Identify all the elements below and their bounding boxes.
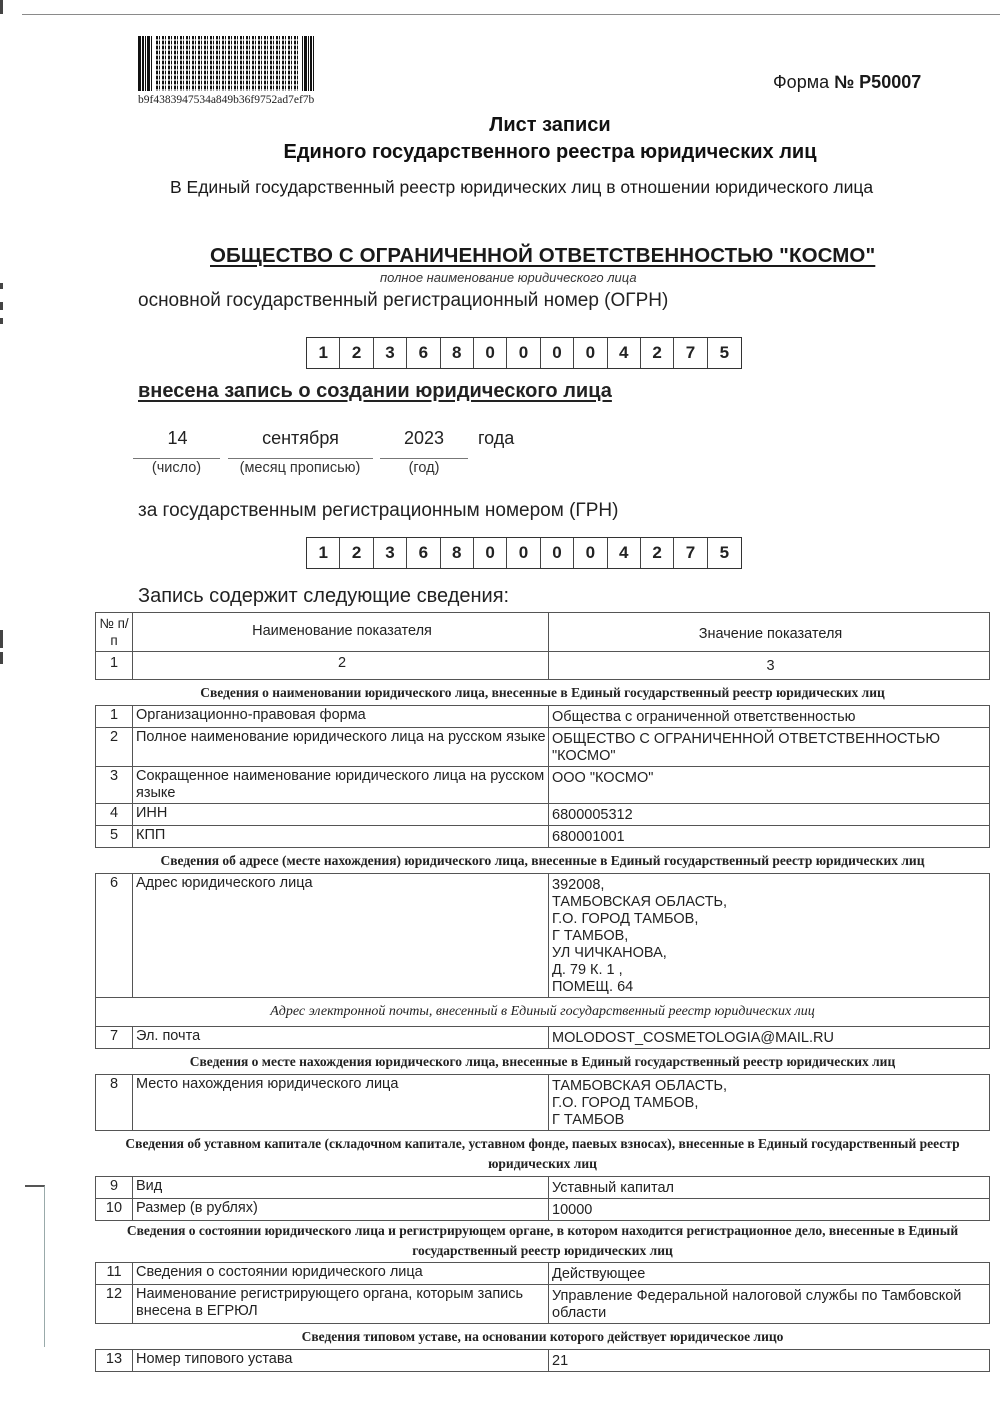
date-day-underline bbox=[133, 458, 220, 459]
grn-digit: 3 bbox=[374, 538, 407, 568]
section-title: Сведения о состоянии юридического лица и… bbox=[95, 1221, 990, 1262]
grn-digit: 4 bbox=[608, 538, 641, 568]
row-indicator-name: Полное наименование юридического лица на… bbox=[133, 728, 549, 766]
grn-label: за государственным регистрационным номер… bbox=[138, 500, 618, 522]
date-year-underline bbox=[380, 458, 468, 459]
entry-heading: внесена запись о создании юридического л… bbox=[138, 380, 612, 403]
row-indicator-value: 392008, ТАМБОВСКАЯ ОБЛАСТЬ, Г.О. ГОРОД Т… bbox=[549, 874, 989, 997]
scan-edge-mark bbox=[0, 318, 3, 324]
date-month-caption: (месяц прописью) bbox=[224, 460, 376, 476]
table-header-numbers-row: 1 2 3 bbox=[95, 652, 990, 680]
row-number: 11 bbox=[96, 1263, 133, 1284]
row-indicator-value: ТАМБОВСКАЯ ОБЛАСТЬ, Г.О. ГОРОД ТАМБОВ, Г… bbox=[549, 1075, 989, 1130]
table-row: 12Наименование регистрирующего органа, к… bbox=[95, 1285, 990, 1324]
row-indicator-name: ИНН bbox=[133, 804, 549, 825]
date-year-caption: (год) bbox=[380, 460, 468, 476]
row-indicator-name: Адрес юридического лица bbox=[133, 874, 549, 997]
table-row: 13Номер типового устава21 bbox=[95, 1349, 990, 1372]
row-number: 1 bbox=[96, 706, 133, 727]
table-row: 1Организационно-правовая формаОбщества с… bbox=[95, 705, 990, 728]
section-title: Сведения об уставном капитале (складочно… bbox=[95, 1131, 990, 1176]
grn-digit: 6 bbox=[407, 538, 440, 568]
table-row: 3Сокращенное наименование юридического л… bbox=[95, 767, 990, 804]
ogrn-digit: 2 bbox=[641, 338, 674, 368]
page-title-line2: Единого государственного реестра юридиче… bbox=[50, 141, 1000, 164]
ogrn-digit: 0 bbox=[574, 338, 607, 368]
ogrn-digit: 6 bbox=[407, 338, 440, 368]
row-indicator-name: КПП bbox=[133, 826, 549, 847]
scan-edge-mark bbox=[0, 0, 3, 14]
ogrn-digit: 0 bbox=[507, 338, 540, 368]
grn-digit: 2 bbox=[340, 538, 373, 568]
row-indicator-name: Место нахождения юридического лица bbox=[133, 1075, 549, 1130]
scan-bracket-mark bbox=[25, 1185, 45, 1347]
registry-table: № п/п Наименование показателя Значение п… bbox=[95, 612, 990, 1372]
row-number: 13 bbox=[96, 1350, 133, 1371]
header-value: Значение показателя bbox=[549, 613, 989, 651]
row-number: 12 bbox=[96, 1285, 133, 1323]
grn-digit: 0 bbox=[541, 538, 574, 568]
row-number: 5 bbox=[96, 826, 133, 847]
form-prefix: Форма bbox=[773, 72, 829, 92]
row-indicator-value: 680001001 bbox=[549, 826, 989, 847]
row-indicator-value: 10000 bbox=[549, 1199, 989, 1220]
table-row: 7Эл. почтаMOLODOST_COSMETOLOGIA@MAIL.RU bbox=[95, 1027, 990, 1049]
header-num-index: 1 bbox=[96, 652, 133, 679]
row-indicator-name: Наименование регистрирующего органа, кот… bbox=[133, 1285, 549, 1323]
row-indicator-value: 21 bbox=[549, 1350, 989, 1371]
ogrn-digit: 1 bbox=[307, 338, 340, 368]
ogrn-label: основной государственный регистрационный… bbox=[138, 290, 668, 312]
ogrn-digit: 0 bbox=[541, 338, 574, 368]
ogrn-digit: 0 bbox=[474, 338, 507, 368]
header-name-index: 2 bbox=[133, 652, 549, 679]
grn-digit-boxes: 1236800004275 bbox=[306, 537, 742, 569]
organization-name-caption: полное наименование юридического лица bbox=[380, 270, 637, 285]
table-body: Сведения о наименовании юридического лиц… bbox=[95, 680, 990, 1372]
table-row: 4ИНН6800005312 bbox=[95, 804, 990, 826]
section-title: Сведения о наименовании юридического лиц… bbox=[95, 680, 990, 705]
row-number: 8 bbox=[96, 1075, 133, 1130]
table-row: 5КПП680001001 bbox=[95, 826, 990, 848]
row-number: 4 bbox=[96, 804, 133, 825]
row-number: 7 bbox=[96, 1027, 133, 1048]
grn-digit: 0 bbox=[474, 538, 507, 568]
subsection-title: Адрес электронной почты, внесенный в Еди… bbox=[95, 998, 990, 1027]
intro-text: В Единый государственный реестр юридичес… bbox=[138, 176, 928, 198]
row-indicator-value: Управление Федеральной налоговой службы … bbox=[549, 1285, 989, 1323]
row-number: 3 bbox=[96, 767, 133, 803]
table-header-row: № п/п Наименование показателя Значение п… bbox=[95, 612, 990, 652]
row-indicator-value: 6800005312 bbox=[549, 804, 989, 825]
table-row: 6Адрес юридического лица392008, ТАМБОВСК… bbox=[95, 873, 990, 998]
organization-name: ОБЩЕСТВО С ОГРАНИЧЕННОЙ ОТВЕТСТВЕННОСТЬЮ… bbox=[210, 244, 875, 268]
header-value-index: 3 bbox=[549, 652, 989, 679]
table-row: 8Место нахождения юридического лицаТАМБО… bbox=[95, 1074, 990, 1131]
barcode-icon bbox=[138, 36, 314, 91]
ogrn-digit: 5 bbox=[708, 338, 741, 368]
header-name: Наименование показателя bbox=[133, 613, 549, 651]
section-title: Сведения типовом уставе, на основании ко… bbox=[95, 1324, 990, 1349]
table-row: 2Полное наименование юридического лица н… bbox=[95, 728, 990, 767]
row-indicator-name: Эл. почта bbox=[133, 1027, 549, 1048]
grn-digit: 1 bbox=[307, 538, 340, 568]
row-indicator-value: MOLODOST_COSMETOLOGIA@MAIL.RU bbox=[549, 1027, 989, 1048]
date-year: 2023 bbox=[380, 428, 468, 449]
ogrn-digit: 7 bbox=[674, 338, 707, 368]
row-indicator-value: Действующее bbox=[549, 1263, 989, 1284]
row-indicator-value: Общества с ограниченной ответственностью bbox=[549, 706, 989, 727]
form-code: № Р50007 bbox=[834, 72, 921, 92]
page-title-line1: Лист записи bbox=[50, 114, 1000, 137]
grn-digit: 5 bbox=[708, 538, 741, 568]
date-day-caption: (число) bbox=[133, 460, 220, 476]
date-month: сентября bbox=[228, 428, 373, 449]
grn-digit: 7 bbox=[674, 538, 707, 568]
table-row: 11Сведения о состоянии юридического лица… bbox=[95, 1262, 990, 1285]
grn-digit: 8 bbox=[441, 538, 474, 568]
date-suffix: года bbox=[478, 428, 514, 449]
row-indicator-value: ООО "КОСМО" bbox=[549, 767, 989, 803]
row-number: 6 bbox=[96, 874, 133, 997]
section-title: Сведения о месте нахождения юридического… bbox=[95, 1049, 990, 1074]
date-day: 14 bbox=[135, 428, 220, 449]
row-indicator-name: Сокращенное наименование юридического ли… bbox=[133, 767, 549, 803]
ogrn-digit-boxes: 1236800004275 bbox=[306, 337, 742, 369]
scan-edge-mark bbox=[0, 630, 3, 648]
ogrn-digit: 4 bbox=[608, 338, 641, 368]
section-title: Сведения об адресе (месте нахождения) юр… bbox=[95, 848, 990, 873]
contains-label: Запись содержит следующие сведения: bbox=[138, 585, 509, 608]
row-indicator-value: ОБЩЕСТВО С ОГРАНИЧЕННОЙ ОТВЕТСТВЕННОСТЬЮ… bbox=[549, 728, 989, 766]
header-num: № п/п bbox=[96, 613, 133, 651]
ogrn-digit: 2 bbox=[340, 338, 373, 368]
scan-edge-mark bbox=[0, 302, 3, 310]
grn-digit: 2 bbox=[641, 538, 674, 568]
scan-edge-mark bbox=[0, 652, 3, 664]
row-indicator-name: Вид bbox=[133, 1177, 549, 1198]
row-indicator-name: Номер типового устава bbox=[133, 1350, 549, 1371]
grn-digit: 0 bbox=[574, 538, 607, 568]
form-number: Форма № Р50007 bbox=[773, 72, 921, 93]
row-indicator-name: Организационно-правовая форма bbox=[133, 706, 549, 727]
row-number: 10 bbox=[96, 1199, 133, 1220]
scan-edge-mark bbox=[0, 283, 3, 289]
barcode-caption: b9f4383947534a849b36f9752ad7ef7b bbox=[138, 94, 314, 106]
row-number: 2 bbox=[96, 728, 133, 766]
grn-digit: 0 bbox=[507, 538, 540, 568]
row-indicator-name: Сведения о состоянии юридического лица bbox=[133, 1263, 549, 1284]
table-row: 9ВидУставный капитал bbox=[95, 1176, 990, 1199]
row-indicator-value: Уставный капитал bbox=[549, 1177, 989, 1198]
scan-edge-line bbox=[22, 14, 1000, 15]
ogrn-digit: 3 bbox=[374, 338, 407, 368]
date-month-underline bbox=[228, 458, 373, 459]
table-row: 10Размер (в рублях)10000 bbox=[95, 1199, 990, 1221]
row-indicator-name: Размер (в рублях) bbox=[133, 1199, 549, 1220]
row-number: 9 bbox=[96, 1177, 133, 1198]
ogrn-digit: 8 bbox=[441, 338, 474, 368]
